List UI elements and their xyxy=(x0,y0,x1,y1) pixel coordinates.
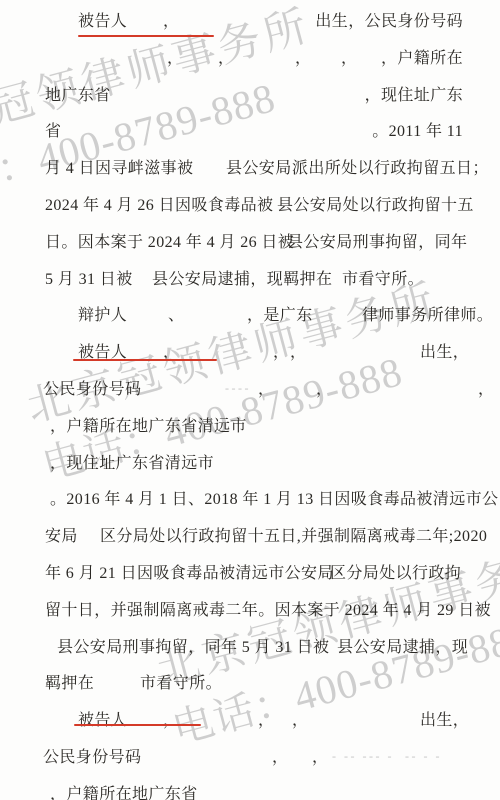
text-line: ，现住址广东省清远市 xyxy=(0,450,500,476)
text-segment: 公民身份号码 xyxy=(43,376,141,399)
text-line: 县公安局刑事拘留，同年 5 月 31 日被县公安局逮捕，现 xyxy=(0,634,500,660)
text-line: 公民身份号码，，‐ ‐‐ ‐‐‐ ‐ ‐‐ ‐ ‐ xyxy=(0,744,500,770)
text-line: 月 4 日因寻衅滋事被县公安局派出所处以行政拘留五日； xyxy=(0,155,500,181)
redaction-underline xyxy=(73,359,217,361)
text-segment: 县公安局逮捕，现羁押在 xyxy=(152,266,332,289)
text-segment: 被告人 xyxy=(78,8,127,31)
text-segment: 5 月 31 日被 xyxy=(45,266,133,289)
text-segment: 日。因本案于 2024 年 4 月 26 日被 xyxy=(45,229,294,252)
text-segment: ， xyxy=(163,707,179,730)
text-segment: 留十日，并强制隔离戒毒二年。因本案于 2024 年 4 月 29 日被 xyxy=(45,597,491,620)
text-segment: ， xyxy=(295,45,311,68)
text-segment: 县公安局逮捕，现 xyxy=(337,634,468,657)
text-line: 留十日，并强制隔离戒毒二年。因本案于 2024 年 4 月 29 日被 xyxy=(0,597,500,623)
text-segment: 出生， xyxy=(420,339,469,362)
text-segment: ， xyxy=(290,339,306,362)
text-segment: 律师事务所律师。 xyxy=(362,302,493,325)
text-segment: ， xyxy=(167,45,183,68)
redaction-underline xyxy=(74,724,201,726)
text-segment: ， xyxy=(258,707,274,730)
text-line: ，户籍所在地广东省清远市 xyxy=(0,413,500,439)
text-line: 。2016 年 4 月 1 日、2018 年 1 月 13 日因吸食毒品被清远市… xyxy=(0,486,500,512)
text-segment: 派出所处以行政拘留五日； xyxy=(292,155,489,178)
text-segment: 公民身份号码 xyxy=(43,744,141,767)
text-segment: ， xyxy=(292,707,308,730)
text-segment: ，是广东 xyxy=(247,302,313,325)
text-segment: 。2011 年 11 xyxy=(372,118,463,141)
text-segment: 出生， xyxy=(420,707,469,730)
text-segment: 月 4 日因寻衅滋事被 xyxy=(45,155,193,178)
text-line: 5 月 31 日被县公安局逮捕，现羁押在市看守所。 xyxy=(0,266,500,292)
text-line: 2024 年 4 月 26 日因吸食毒品被县公安局处以行政拘留十五 xyxy=(0,192,500,218)
text-segment: 县公安局刑事拘留，同年 xyxy=(287,229,467,252)
redaction-residue: ‐ ‐‐ ‐‐‐ ‐ ‐‐ ‐ ‐ xyxy=(332,749,442,764)
text-segment: ，户籍所在地广东省清远市 xyxy=(50,413,247,436)
text-segment: 。2016 年 4 月 1 日、2018 年 1 月 13 日因吸食毒品被清远市… xyxy=(50,486,498,509)
text-segment: ，现住址广东 xyxy=(365,82,463,105)
text-segment: 县公安局处以行政拘留十五 xyxy=(277,192,474,215)
text-segment: 区分局处以行政拘留十五日,并强制隔离戒毒二年;2020 xyxy=(100,523,487,546)
text-segment: 市看守所。 xyxy=(342,266,424,289)
text-segment: 县公安局 xyxy=(226,155,292,178)
text-line: 辩护人、，是广东律师事务所律师。 xyxy=(0,302,500,328)
text-line: 日。因本案于 2024 年 4 月 26 日被县公安局刑事拘留，同年 xyxy=(0,229,500,255)
text-line: 被告人，，，出生， xyxy=(0,707,500,733)
text-segment: 区分局处以行政拘 xyxy=(330,560,461,583)
text-segment: 2024 年 4 月 26 日因吸食毒品被 xyxy=(45,192,273,215)
text-segment: ， xyxy=(163,8,179,31)
text-segment: 、 xyxy=(168,302,184,325)
redaction-residue: ‐‐‐‐ xyxy=(225,381,251,396)
text-segment: ， xyxy=(273,339,289,362)
text-segment: 省 xyxy=(45,118,61,141)
text-line: 公民身份号码‐‐‐‐，，， xyxy=(0,376,500,402)
text-segment: 县公安局刑事拘留，同年 5 月 31 日被 xyxy=(57,634,329,657)
text-segment: 出生，公民身份号码 xyxy=(315,8,463,31)
text-segment: ， xyxy=(316,376,332,399)
text-segment: 安局 xyxy=(45,523,78,546)
text-segment: 市看守所。 xyxy=(140,670,222,693)
text-line: 年 6 月 21 日因吸食毒品被清远市公安局区分局处以行政拘 xyxy=(0,560,500,586)
text-segment: ， xyxy=(258,376,274,399)
text-segment: ，户籍所在 xyxy=(381,45,463,68)
text-segment: ，户籍所在地广东省 xyxy=(50,781,198,800)
text-segment: ， xyxy=(341,45,357,68)
text-line: 被告人，出生，公民身份号码 xyxy=(0,8,500,34)
text-line: 省。2011 年 11 xyxy=(0,118,500,144)
text-segment: 被告人 xyxy=(78,707,127,730)
text-segment: 年 6 月 21 日因吸食毒品被清远市公安局 xyxy=(45,560,334,583)
text-line: 安局区分局处以行政拘留十五日,并强制隔离戒毒二年;2020 xyxy=(0,523,500,549)
redaction-underline xyxy=(78,35,214,37)
text-segment: 羁押在 xyxy=(45,670,94,693)
text-segment: ， xyxy=(478,376,494,399)
text-segment: 辩护人 xyxy=(78,302,127,325)
text-line: ，，，，，户籍所在 xyxy=(0,45,500,71)
legal-document-page: 北京冠领律师事务所电话：400-8789-888北京冠领律师事务所电话：400-… xyxy=(0,0,500,800)
text-line: ，户籍所在地广东省 xyxy=(0,781,500,800)
text-segment: ，现住址广东省清远市 xyxy=(50,450,214,473)
text-line: 羁押在市看守所。 xyxy=(0,670,500,696)
text-segment: ， xyxy=(218,45,234,68)
text-line: 被告人，，，出生， xyxy=(0,339,500,365)
text-segment: ， xyxy=(312,744,328,767)
text-line: 地广东省，现住址广东 xyxy=(0,82,500,108)
text-segment: ， xyxy=(272,744,288,767)
text-segment: 地广东省 xyxy=(45,82,111,105)
